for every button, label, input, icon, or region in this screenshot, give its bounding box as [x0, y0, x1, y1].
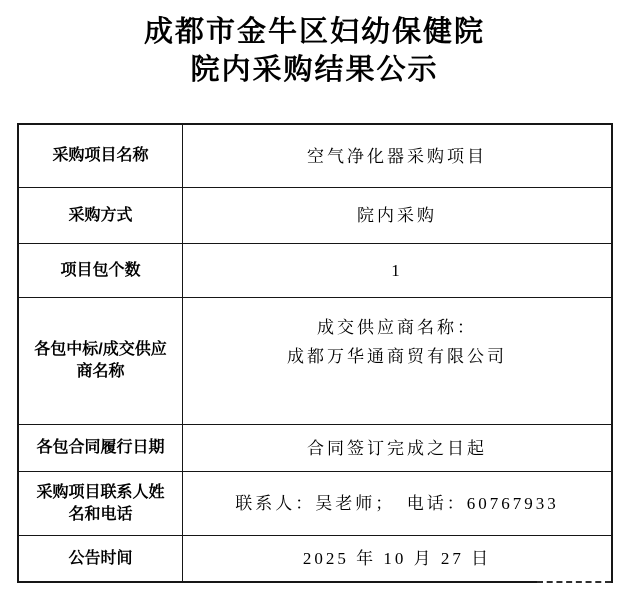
row-label: 公告时间	[19, 536, 183, 581]
table-row-contract-performance-date: 各包合同履行日期 合同签订完成之日起	[19, 425, 611, 472]
table-row-winning-supplier: 各包中标/成交供应商名称 成交供应商名称： 成都万华通商贸有限公司	[19, 298, 611, 425]
row-value: 1	[183, 244, 611, 297]
row-value: 联系人：吴老师； 电话：60767933	[183, 472, 611, 535]
table-row-project-name: 采购项目名称 空气净化器采购项目	[19, 125, 611, 188]
procurement-result-table: 采购项目名称 空气净化器采购项目 采购方式 院内采购 项目包个数 1 各包中标/…	[17, 123, 613, 583]
row-value: 院内采购	[183, 188, 611, 243]
row-value: 2025 年 10 月 27 日	[183, 536, 611, 581]
table-row-package-count: 项目包个数 1	[19, 244, 611, 298]
bottom-border-solid-segment	[19, 581, 537, 583]
row-value: 空气净化器采购项目	[183, 125, 611, 187]
page: { "colors": { "background": "#ffffff", "…	[0, 0, 629, 599]
row-label: 采购方式	[19, 188, 183, 243]
row-value: 合同签订完成之日起	[183, 425, 611, 471]
title-line-1: 成都市金牛区妇幼保健院	[0, 13, 629, 51]
row-value: 成交供应商名称： 成都万华通商贸有限公司	[183, 298, 611, 424]
title-line-2: 院内采购结果公示	[0, 51, 629, 89]
page-title: 成都市金牛区妇幼保健院 院内采购结果公示	[0, 0, 629, 89]
supplier-value-line-2: 成都万华通商贸有限公司	[287, 342, 507, 371]
table-bottom-border	[19, 581, 611, 583]
row-label: 采购项目名称	[19, 125, 183, 187]
row-label: 项目包个数	[19, 244, 183, 297]
table-row-announcement-date: 公告时间 2025 年 10 月 27 日	[19, 536, 611, 581]
table-row-procurement-method: 采购方式 院内采购	[19, 188, 611, 244]
row-label: 各包合同履行日期	[19, 425, 183, 471]
row-label: 各包中标/成交供应商名称	[19, 298, 183, 424]
table-row-contact-info: 采购项目联系人姓名和电话 联系人：吴老师； 电话：60767933	[19, 472, 611, 536]
row-label: 采购项目联系人姓名和电话	[19, 472, 183, 535]
supplier-value-line-1: 成交供应商名称：	[317, 313, 477, 342]
bottom-border-dashed-segment	[537, 581, 611, 583]
